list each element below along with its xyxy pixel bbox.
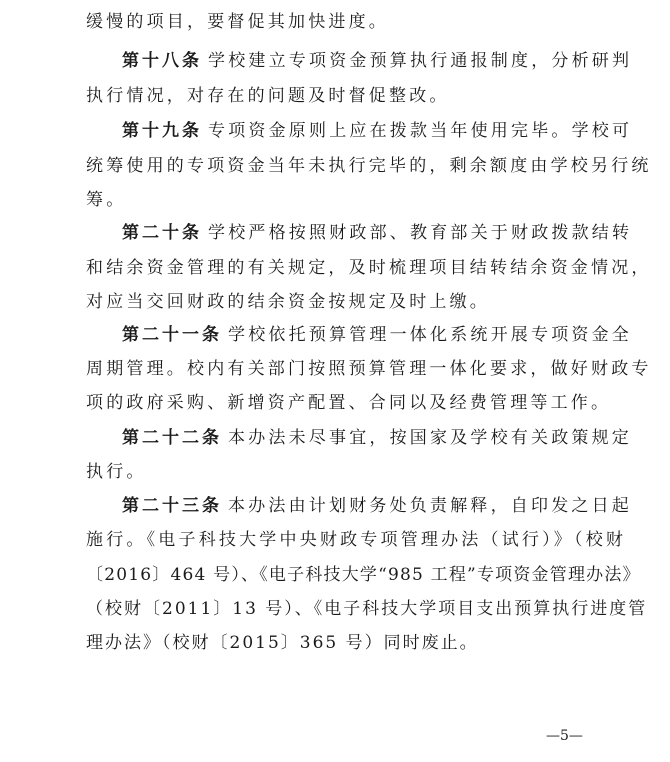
article-heading: 第二十条 <box>122 223 202 243</box>
document-page: 缓慢的项目，要督促其加快进度。 第十八条学校建立专项资金预算执行通报制度，分析研… <box>0 0 670 762</box>
text-line: 执行情况，对存在的问题及时督促整改。 <box>86 86 586 106</box>
text-line: 和结余资金管理的有关规定，及时梳理项目结转结余资金情况， <box>86 258 586 278</box>
article-heading: 第二十一条 <box>122 325 222 345</box>
article-heading: 第二十二条 <box>122 428 222 448</box>
article-heading: 第二十三条 <box>122 496 222 516</box>
text-line: 对应当交回财政的结余资金按规定及时上缴。 <box>86 292 586 312</box>
article-21: 第二十一条学校依托预算管理一体化系统开展专项资金全 <box>122 325 622 345</box>
text-line: 周期管理。校内有关部门按照预算管理一体化要求，做好财政专 <box>86 359 586 379</box>
text-line: 理办法》（校财〔2015〕365 号）同时废止。 <box>86 633 586 653</box>
text-line: 统筹使用的专项资金当年未执行完毕的，剩余额度由学校另行统 <box>86 156 586 176</box>
article-22: 第二十二条本办法未尽事宜，按国家及学校有关政策规定 <box>122 428 622 448</box>
article-19: 第十九条专项资金原则上应在拨款当年使用完毕。学校可 <box>122 121 622 141</box>
text-line: 〔2016〕464 号）、《电子科技大学“985 工程”专项资金管理办法》 <box>86 565 586 585</box>
text-line: 筹。 <box>86 190 586 210</box>
text-line: 施行。《电子科技大学中央财政专项管理办法（试行）》（校财 <box>86 530 586 550</box>
text-line: 项的政府采购、新增资产配置、合同以及经费管理等工作。 <box>86 393 586 413</box>
article-23: 第二十三条本办法由计划财务处负责解释，自印发之日起 <box>122 496 622 516</box>
article-heading: 第十八条 <box>122 51 202 71</box>
article-18: 第十八条学校建立专项资金预算执行通报制度，分析研判 <box>122 51 622 71</box>
article-20: 第二十条学校严格按照财政部、教育部关于财政拨款结转 <box>122 223 622 243</box>
text-line: 缓慢的项目，要督促其加快进度。 <box>86 12 586 32</box>
text-line: 执行。 <box>86 462 586 482</box>
article-heading: 第十九条 <box>122 121 202 141</box>
text-line: （校财〔2011〕13 号）、《电子科技大学项目支出预算执行进度管 <box>86 599 586 619</box>
page-number: —5— <box>546 728 583 744</box>
